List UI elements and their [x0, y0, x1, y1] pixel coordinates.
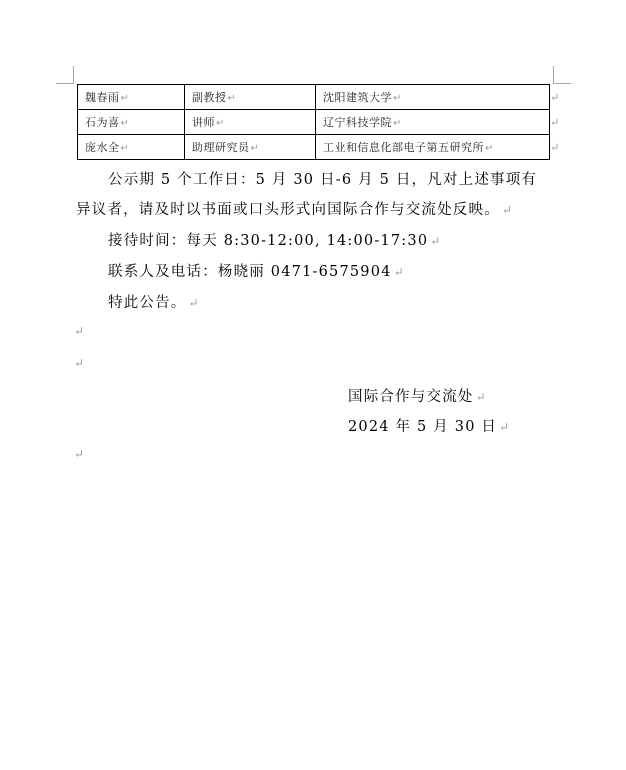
- paragraph-mark-icon: ↵: [121, 118, 130, 129]
- title-text: 讲师: [192, 116, 215, 129]
- table-row: 庞水全↵ 助理研究员↵ 工业和信息化部电子第五研究所↵: [78, 135, 550, 160]
- name-text: 庞水全: [85, 141, 120, 154]
- notice-text: 公示期 5 个工作日：5 月 30 日-6 月 5 日，凡对上述事项有: [108, 172, 537, 188]
- row-end-mark-icon: ↵: [550, 141, 559, 154]
- row-end-mark-icon: ↵: [550, 116, 559, 129]
- paragraph-mark-icon: ↵: [394, 265, 405, 279]
- paragraph-mark-icon: ↵: [502, 203, 513, 217]
- paragraph-mark-icon: ↵: [476, 390, 487, 404]
- cell-org[interactable]: 沈阳建筑大学↵: [316, 85, 550, 110]
- name-text: 魏春雨: [85, 91, 120, 104]
- paragraph-mark-icon: ↵: [189, 296, 200, 310]
- org-text: 沈阳建筑大学: [323, 91, 392, 104]
- table-row: 石为喜↵ 讲师↵ 辽宁科技学院↵: [78, 110, 550, 135]
- cell-name[interactable]: 石为喜↵: [78, 110, 185, 135]
- contact-text: 联系人及电话：杨晓丽 0471-6575904: [108, 264, 392, 280]
- cell-title[interactable]: 助理研究员↵: [185, 135, 316, 160]
- table-row: 魏春雨↵ 副教授↵ 沈阳建筑大学↵: [78, 85, 550, 110]
- cell-title[interactable]: 副教授↵: [185, 85, 316, 110]
- signature-date[interactable]: 2024 年 5 月 30 日↵: [348, 415, 510, 436]
- paragraph-mark-icon: ↵: [485, 143, 494, 154]
- empty-paragraph-mark-icon[interactable]: ↵: [74, 447, 84, 461]
- name-text: 石为喜: [85, 116, 120, 129]
- paragraph-mark-icon: ↵: [499, 420, 510, 434]
- notice-paragraph-line1[interactable]: 公示期 5 个工作日：5 月 30 日-6 月 5 日，凡对上述事项有: [108, 168, 537, 189]
- empty-paragraph-mark-icon[interactable]: ↵: [74, 356, 84, 370]
- cell-title[interactable]: 讲师↵: [185, 110, 316, 135]
- row-end-mark-icon: ↵: [550, 91, 559, 104]
- cell-name[interactable]: 魏春雨↵: [78, 85, 185, 110]
- cell-name[interactable]: 庞水全↵: [78, 135, 185, 160]
- margin-corner-top-right: [553, 66, 571, 84]
- closing-line[interactable]: 特此公告。↵: [108, 291, 200, 312]
- margin-corner-top-left: [56, 66, 74, 84]
- paragraph-mark-icon: ↵: [121, 143, 130, 154]
- notice-paragraph-line2[interactable]: 异议者，请及时以书面或口头形式向国际合作与交流处反映。↵: [76, 198, 513, 219]
- empty-paragraph-mark-icon[interactable]: ↵: [74, 324, 84, 338]
- date-text: 2024 年 5 月 30 日: [348, 419, 497, 435]
- candidate-table: 魏春雨↵ 副教授↵ 沈阳建筑大学↵ 石为喜↵ 讲师↵ 辽宁科技学院↵ 庞水全↵ …: [77, 84, 550, 160]
- org-text: 辽宁科技学院: [323, 116, 392, 129]
- paragraph-mark-icon: ↵: [121, 93, 130, 104]
- paragraph-mark-icon: ↵: [430, 234, 441, 248]
- department-text: 国际合作与交流处: [348, 389, 474, 405]
- paragraph-mark-icon: ↵: [251, 143, 260, 154]
- paragraph-mark-icon: ↵: [216, 118, 225, 129]
- paragraph-mark-icon: ↵: [393, 118, 402, 129]
- cell-org[interactable]: 工业和信息化部电子第五研究所↵: [316, 135, 550, 160]
- contact-info[interactable]: 联系人及电话：杨晓丽 0471-6575904↵: [108, 260, 405, 281]
- org-text: 工业和信息化部电子第五研究所: [323, 141, 484, 154]
- notice-text: 异议者，请及时以书面或口头形式向国际合作与交流处反映。: [76, 202, 500, 218]
- paragraph-mark-icon: ↵: [228, 93, 237, 104]
- cell-org[interactable]: 辽宁科技学院↵: [316, 110, 550, 135]
- title-text: 助理研究员: [192, 141, 250, 154]
- document-page: 魏春雨↵ 副教授↵ 沈阳建筑大学↵ 石为喜↵ 讲师↵ 辽宁科技学院↵ 庞水全↵ …: [0, 0, 626, 770]
- closing-text: 特此公告。: [108, 295, 187, 311]
- reception-hours[interactable]: 接待时间：每天 8:30-12:00, 14:00-17:30↵: [108, 229, 442, 250]
- paragraph-mark-icon: ↵: [393, 93, 402, 104]
- signature-department[interactable]: 国际合作与交流处↵: [348, 385, 487, 406]
- title-text: 副教授: [192, 91, 227, 104]
- reception-text: 接待时间：每天 8:30-12:00, 14:00-17:30: [108, 233, 428, 249]
